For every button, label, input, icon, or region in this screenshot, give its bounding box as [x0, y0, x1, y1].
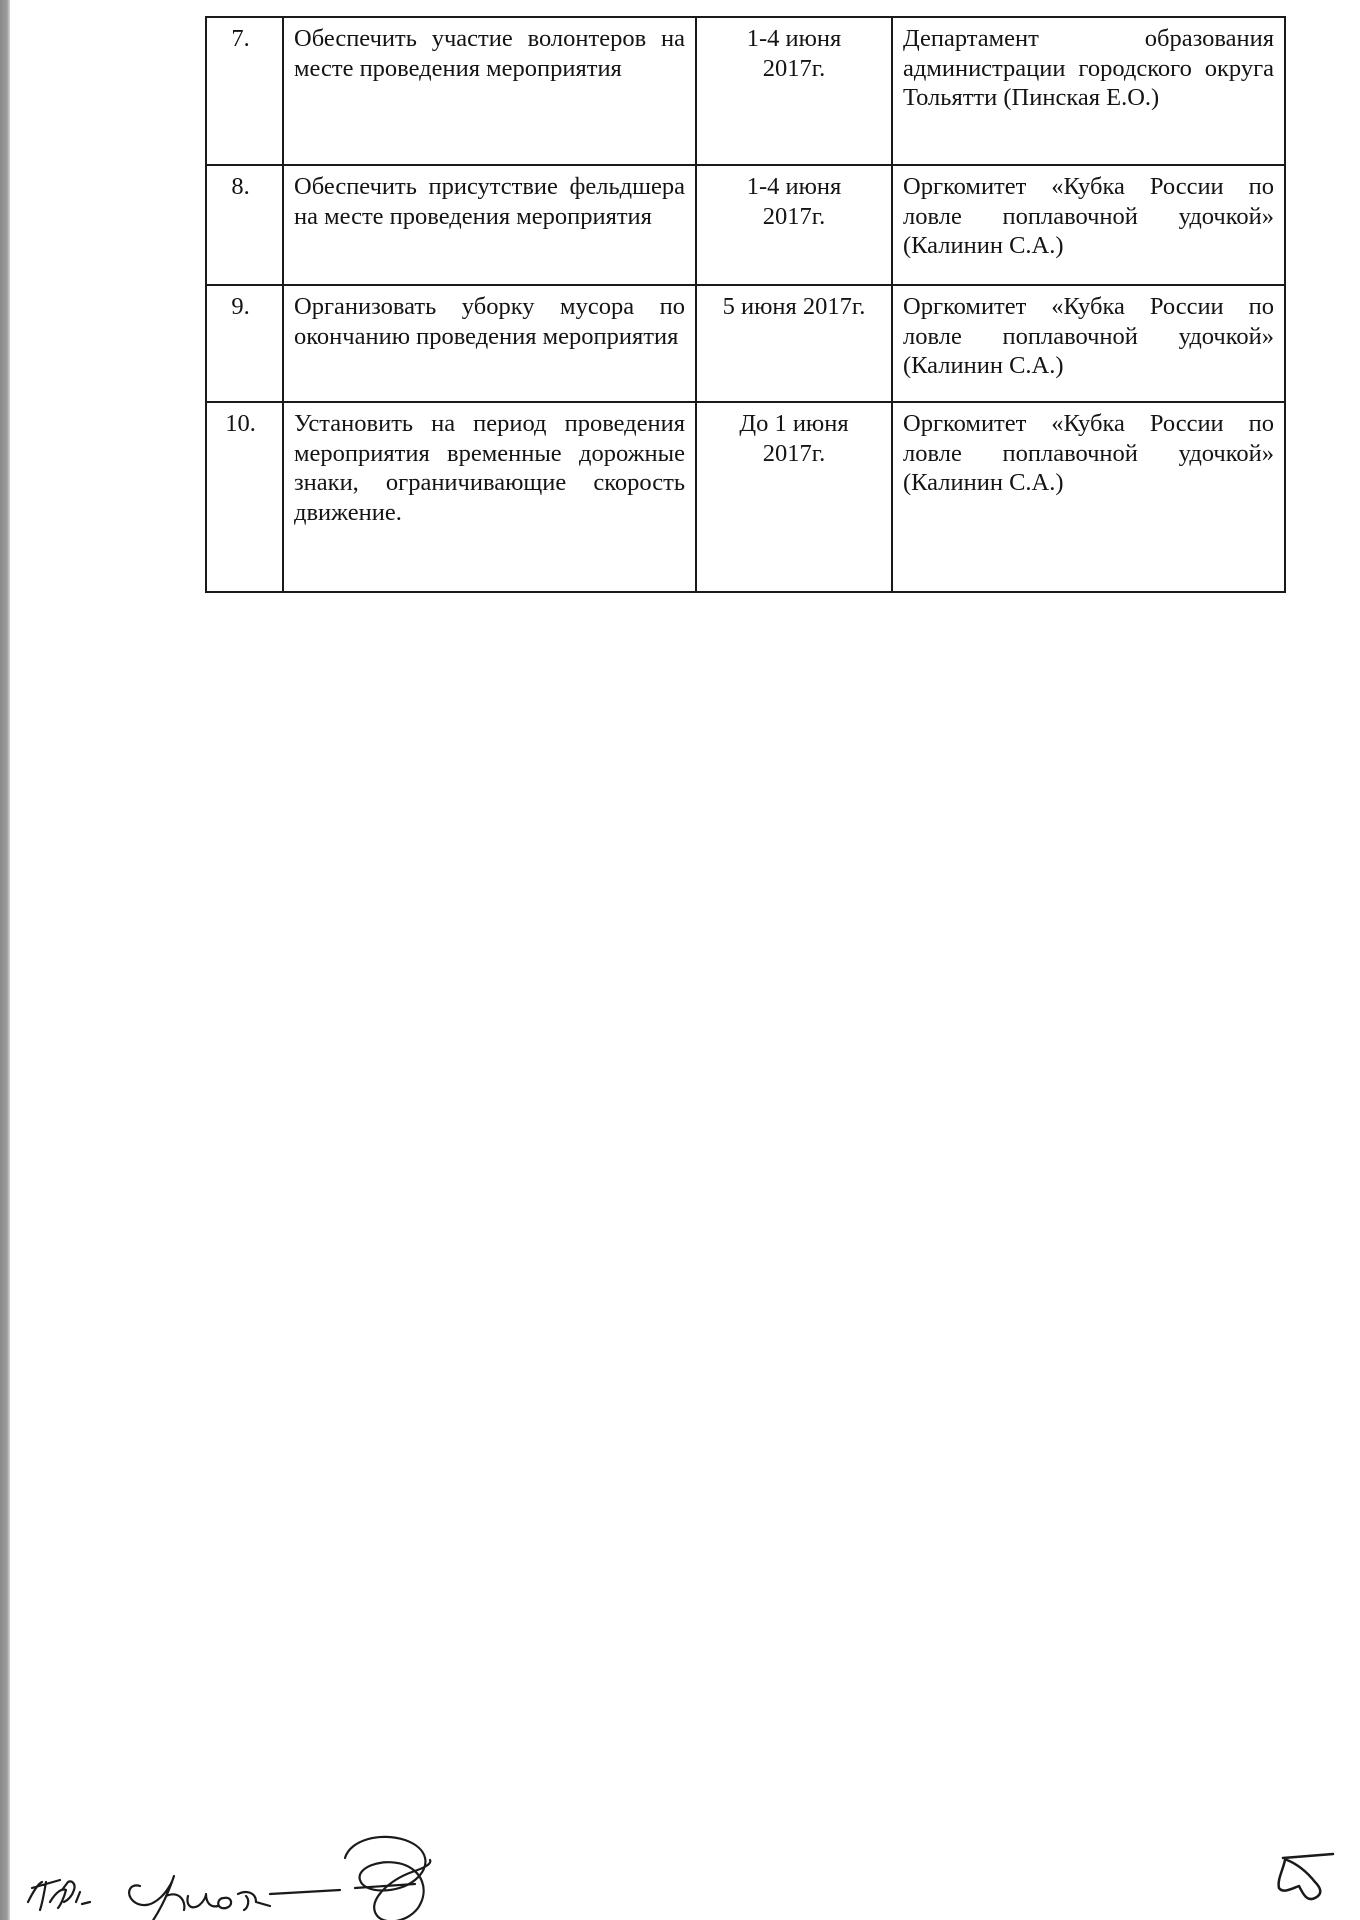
row-number: 9.: [206, 285, 283, 402]
table-row: 8. Обеспечить присутствие фельдшера на м…: [206, 165, 1285, 285]
task-cell: Обеспечить участие волонтеров на месте п…: [283, 17, 696, 165]
deadline-cell: До 1 июня 2017г.: [696, 402, 892, 592]
deadline-cell: 1-4 июня 2017г.: [696, 165, 892, 285]
table-row: 10. Установить на период проведения меро…: [206, 402, 1285, 592]
scan-edge-strip: [0, 0, 10, 1920]
responsible-cell: Оргкомитет «Кубка России по ловле поплав…: [892, 285, 1285, 402]
row-number: 10.: [206, 402, 283, 592]
deadline-text: До 1 июня 2017г.: [734, 409, 854, 468]
deadline-cell: 5 июня 2017г.: [696, 285, 892, 402]
handwritten-signature: [20, 1810, 440, 1920]
deadline-text: 5 июня 2017г.: [723, 293, 866, 320]
action-plan-table: 7. Обеспечить участие волонтеров на мест…: [205, 16, 1286, 593]
page-mark-scribble: [1275, 1840, 1345, 1910]
row-number: 8.: [206, 165, 283, 285]
deadline-text: 1-4 июня 2017г.: [734, 24, 854, 83]
deadline-cell: 1-4 июня 2017г.: [696, 17, 892, 165]
task-cell: Установить на период проведения мероприя…: [283, 402, 696, 592]
deadline-text: 1-4 июня 2017г.: [734, 172, 854, 231]
responsible-cell: Департамент образования администрации го…: [892, 17, 1285, 165]
responsible-cell: Оргкомитет «Кубка России по ловле поплав…: [892, 165, 1285, 285]
table-row: 9. Организовать уборку мусора по окончан…: [206, 285, 1285, 402]
row-number: 7.: [206, 17, 283, 165]
task-cell: Организовать уборку мусора по окончанию …: [283, 285, 696, 402]
task-cell: Обеспечить присутствие фельдшера на мест…: [283, 165, 696, 285]
responsible-cell: Оргкомитет «Кубка России по ловле поплав…: [892, 402, 1285, 592]
table-row: 7. Обеспечить участие волонтеров на мест…: [206, 17, 1285, 165]
